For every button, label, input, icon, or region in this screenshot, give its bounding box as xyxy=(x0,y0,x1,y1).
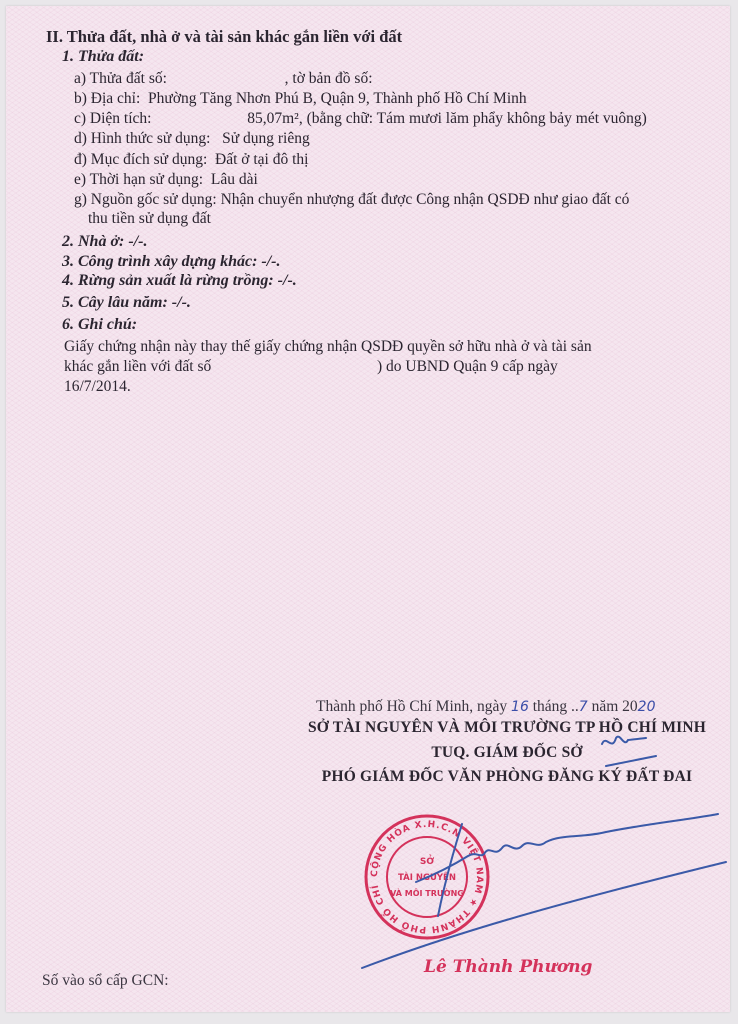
certificate-content: II. Thửa đất, nhà ở và tài sản khác gắn … xyxy=(6,6,730,1012)
signer-name: Lê Thành Phương xyxy=(424,957,592,977)
certificate-page: II. Thửa đất, nhà ở và tài sản khác gắn … xyxy=(6,6,730,1012)
handwritten-signature xyxy=(6,6,730,1012)
registry-number-label: Số vào sổ cấp GCN: xyxy=(42,972,169,990)
